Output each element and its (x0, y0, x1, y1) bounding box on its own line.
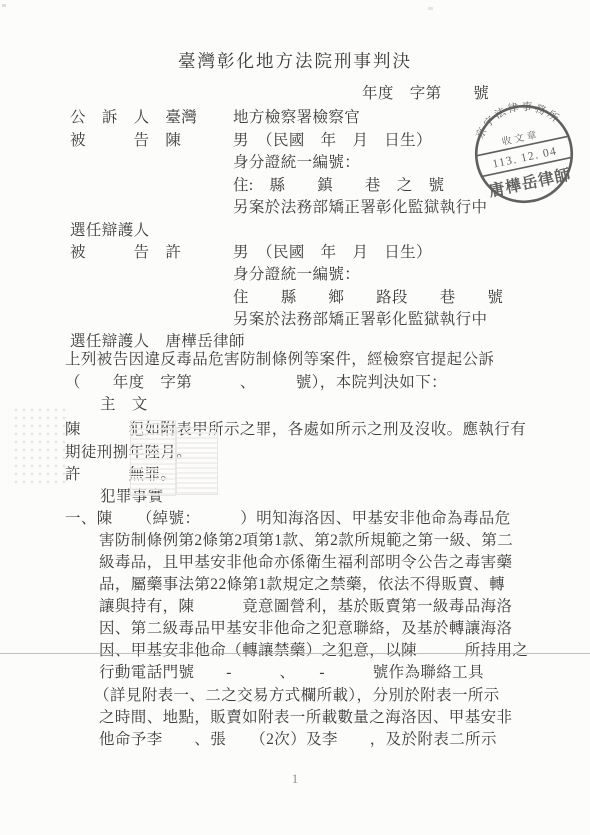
document-title: 臺灣彰化地方法院刑事判決 (0, 52, 590, 71)
law-firm-receipt-stamp: 京宇法律事務所 收文章 113. 12. 04 唐樺岳律師 (450, 80, 590, 227)
party-label: 被 告 陳 (70, 128, 181, 150)
scan-speck-artifact (2, 4, 6, 7)
party-value: 另案於法務部矯正署彰化監獄執行中 (233, 307, 487, 329)
doc-line: 行動電話門號 - 、 - 號作為聯絡工具 (99, 663, 484, 682)
party-value: 住 縣 鄉 路段 巷 號 (233, 285, 503, 307)
stamp-lawyer-name: 唐樺岳律師 (487, 164, 573, 200)
faint-seal-artifact (130, 420, 176, 496)
party-value: 地方檢察署檢察官 (233, 105, 360, 127)
stamp-label: 收文章 (501, 128, 541, 148)
party-value: 男 （民國 年 月 日生） (233, 240, 432, 262)
scan-line-artifact (0, 653, 590, 654)
doc-line: 一、陳 （綽號： ）明知海洛因、甲基安非他命為毒品危 (65, 509, 511, 528)
faint-seal-artifact (176, 427, 218, 495)
party-row: 被 告 許 男 （民國 年 月 日生） (0, 240, 590, 260)
scan-speck-artifact (428, 7, 433, 10)
doc-line: 上列被告因違反毒品危害防制條例等案件，經檢察官提起公訴 (65, 350, 494, 369)
doc-line: 讓與持有，陳 竟意圖營利，基於販賣第一級毒品海洛 (99, 597, 512, 616)
doc-line: （詳見附表一、二之交易方式欄所載），分別於附表一所示 (94, 686, 500, 705)
doc-line: 害防制條例第2條第2項第1款、第2款所規範之第一級、第二 (99, 531, 513, 550)
doc-line: 他命予李 、張 （2次）及李 ，及於附表二所示 (99, 730, 497, 749)
doc-line: （ 年度 字第 、 號），本院判決如下： (65, 373, 447, 392)
party-row: 另案於法務部矯正署彰化監獄執行中 (0, 307, 590, 327)
party-value: 身分證統一編號： (233, 150, 360, 172)
doc-line: 之時間、地點，販賣如附表一所載數量之海洛因、甲基安非 (99, 708, 512, 727)
party-label: 選任辯護人 唐樺岳律師 (70, 329, 245, 351)
party-label: 被 告 許 (70, 240, 181, 262)
party-row: 身分證統一編號： (0, 262, 590, 282)
doc-line: 因、第二級毒品甲基安非他命之犯意聯絡，及基於轉讓海洛 (99, 619, 512, 638)
doc-line: 級毒品，且甲基安非他命亦係衛生福利部明令公告之毒害藥 (99, 553, 512, 572)
party-value: 另案於法務部矯正署彰化監獄執行中 (233, 195, 487, 217)
party-row: 住 縣 鄉 路段 巷 號 (0, 285, 590, 305)
page-number: 1 (0, 769, 590, 788)
section-heading-main-text: 主 文 (100, 395, 148, 414)
party-label: 公 訴 人 臺灣 (70, 105, 197, 127)
judgment-document-page: 臺灣彰化地方法院刑事判決 年度 字第 號 公 訴 人 臺灣 地方檢察署檢察官 被… (0, 0, 590, 835)
stamp-graphic: 京宇法律事務所 收文章 113. 12. 04 唐樺岳律師 (450, 80, 590, 227)
faint-dot-stamp-artifact (12, 406, 70, 486)
party-label: 選任辯護人 (70, 218, 150, 240)
party-row: 選任辯護人 唐樺岳律師 (0, 329, 590, 349)
case-number-line: 年度 字第 號 (362, 84, 489, 103)
doc-line: 品，屬藥事法第22條第1款規定之禁藥，依法不得販賣、轉 (99, 575, 505, 594)
party-value: 住: 縣 鎮 巷 之 號 (233, 173, 444, 195)
doc-line: 因、甲基安非他命（轉讓禁藥）之犯意，以陳 所持用之 (99, 641, 528, 660)
party-value: 男 （民國 年 月 日生） (233, 128, 432, 150)
party-value: 身分證統一編號： (233, 262, 360, 284)
